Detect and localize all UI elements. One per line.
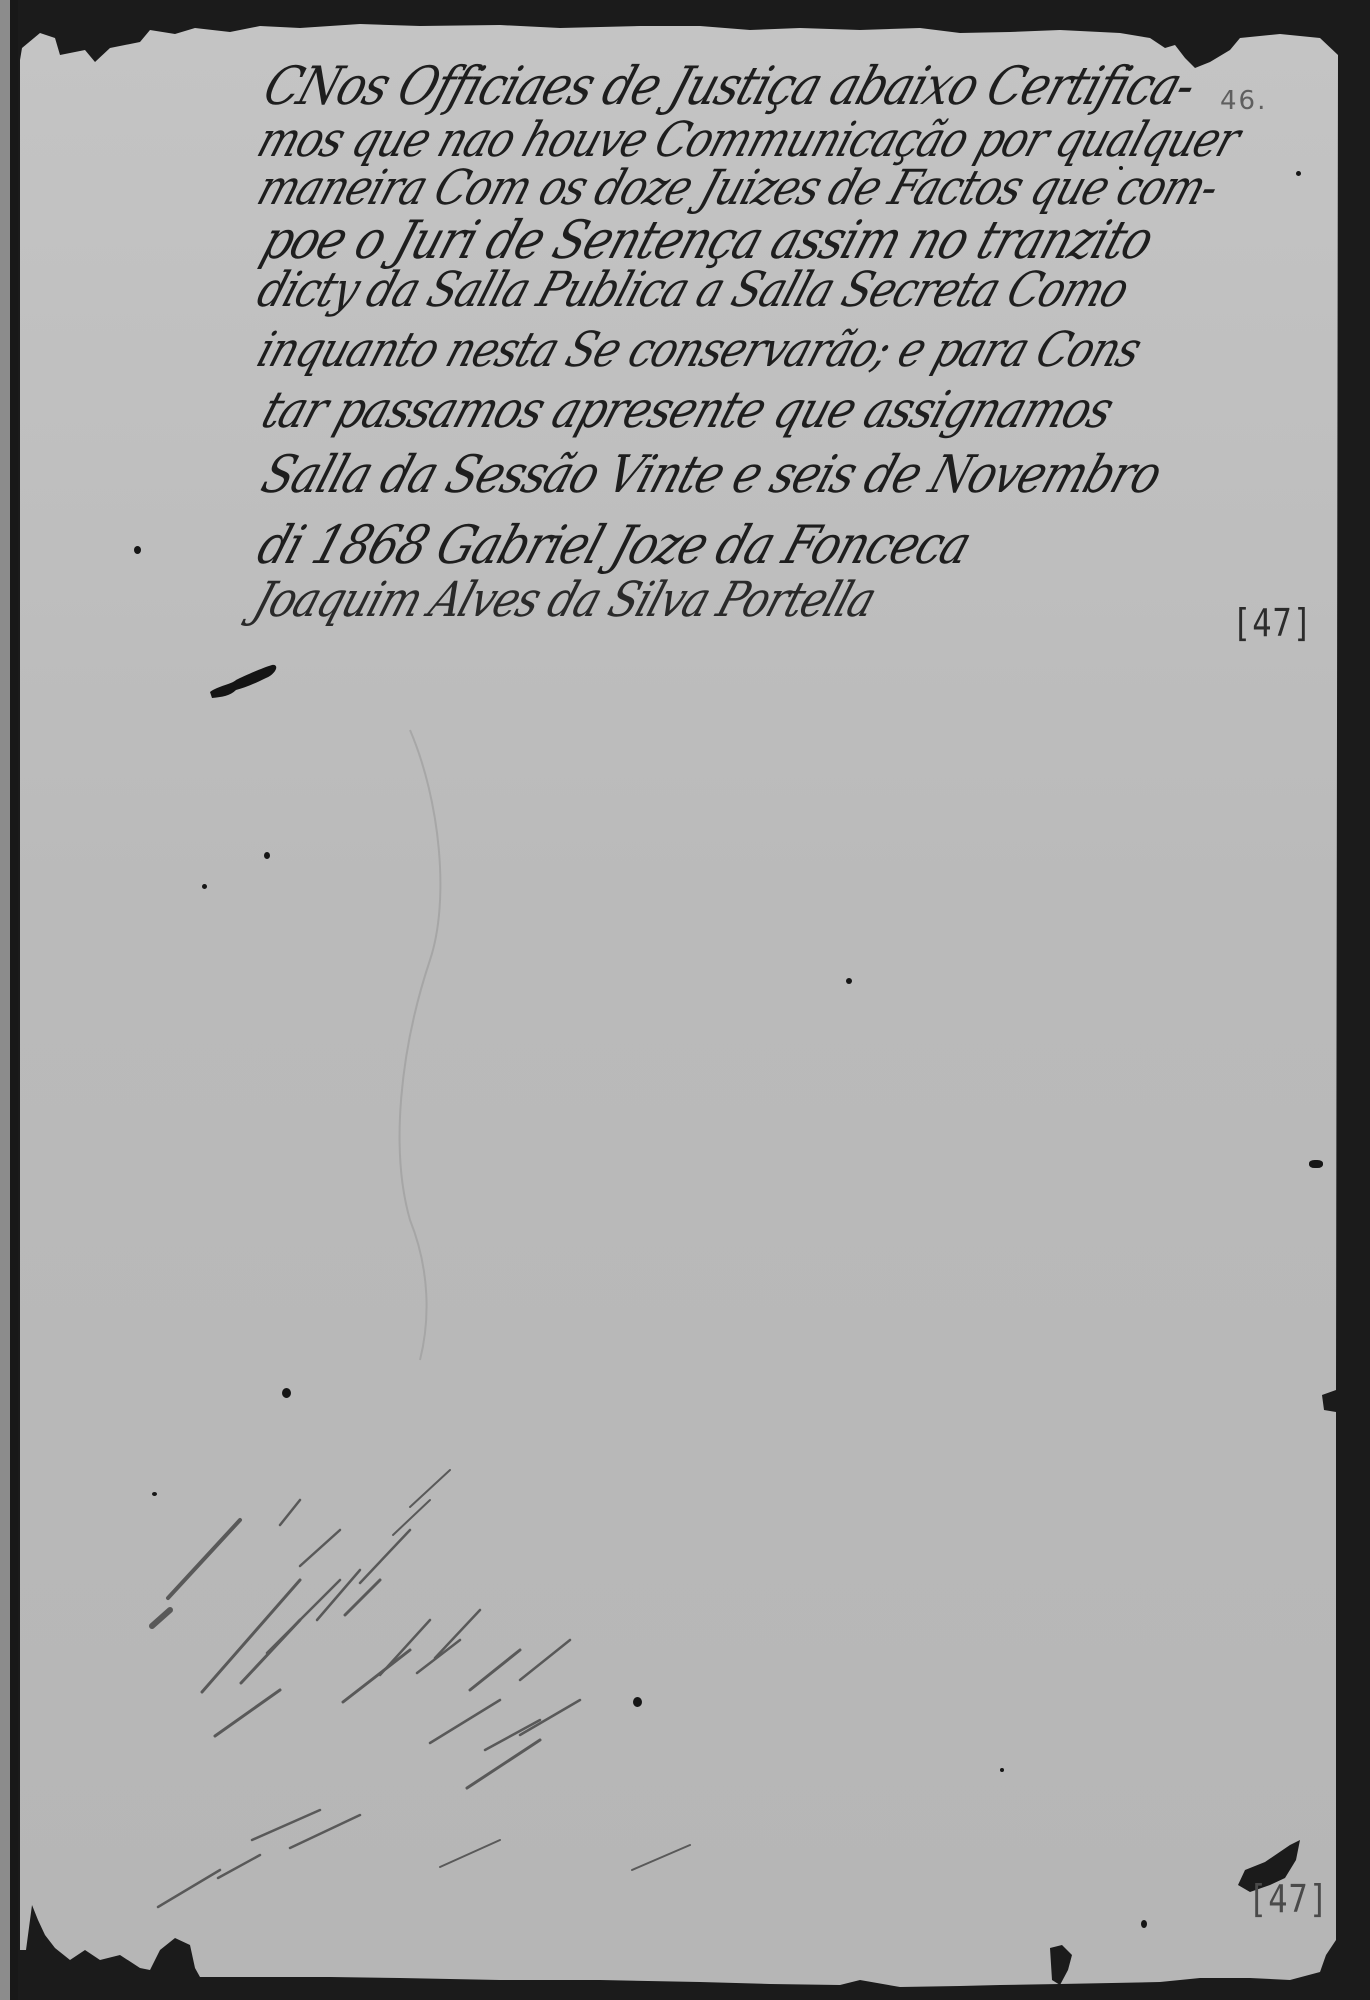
text-line-1: CNos Officiaes de Justiça abaixo Certifi… bbox=[258, 59, 1201, 112]
ink-dot bbox=[152, 1492, 157, 1496]
ink-dot bbox=[1296, 171, 1301, 176]
ink-dot bbox=[134, 546, 141, 554]
text-line-8: Salla da Sessão Vinte e seis de Novembro bbox=[256, 448, 1167, 500]
text-line-10-signature: Joaquim Alves da Silva Portella bbox=[248, 576, 881, 624]
ink-dot bbox=[1000, 1768, 1004, 1772]
text-line-9-date-signature: di 1868 Gabriel Joze da Fonceca bbox=[252, 518, 977, 571]
text-line-4: poe o Juri de Sentença assim no tranzito bbox=[256, 213, 1159, 266]
ink-dot bbox=[282, 1388, 291, 1398]
ink-dot bbox=[846, 978, 852, 984]
text-line-7: tar passamos apresente que assignamos bbox=[256, 385, 1118, 436]
text-line-6: inquanto nesta Se conservarão; e para Co… bbox=[252, 326, 1146, 374]
ink-dot bbox=[1141, 1920, 1147, 1928]
page-number-stamp-top: [47] bbox=[1232, 600, 1313, 646]
text-line-5: dicty da Salla Publica a Salla Secreta C… bbox=[252, 266, 1134, 314]
ink-dot bbox=[264, 852, 270, 859]
ink-dot bbox=[633, 1697, 642, 1707]
text-line-2: mos que nao houve Communicação por qualq… bbox=[252, 116, 1245, 164]
page-number-stamp-bottom: [47] bbox=[1248, 1876, 1329, 1922]
ink-dot bbox=[1309, 1160, 1323, 1168]
text-line-3: maneira Com os doze Juizes de Factos que… bbox=[252, 164, 1223, 212]
ink-dot bbox=[1119, 166, 1123, 170]
handwritten-text: CNos Officiaes de Justiça abaixo Certifi… bbox=[0, 0, 1370, 2000]
ink-dot bbox=[202, 884, 207, 889]
folio-number-pencil: 46. bbox=[1220, 86, 1267, 116]
